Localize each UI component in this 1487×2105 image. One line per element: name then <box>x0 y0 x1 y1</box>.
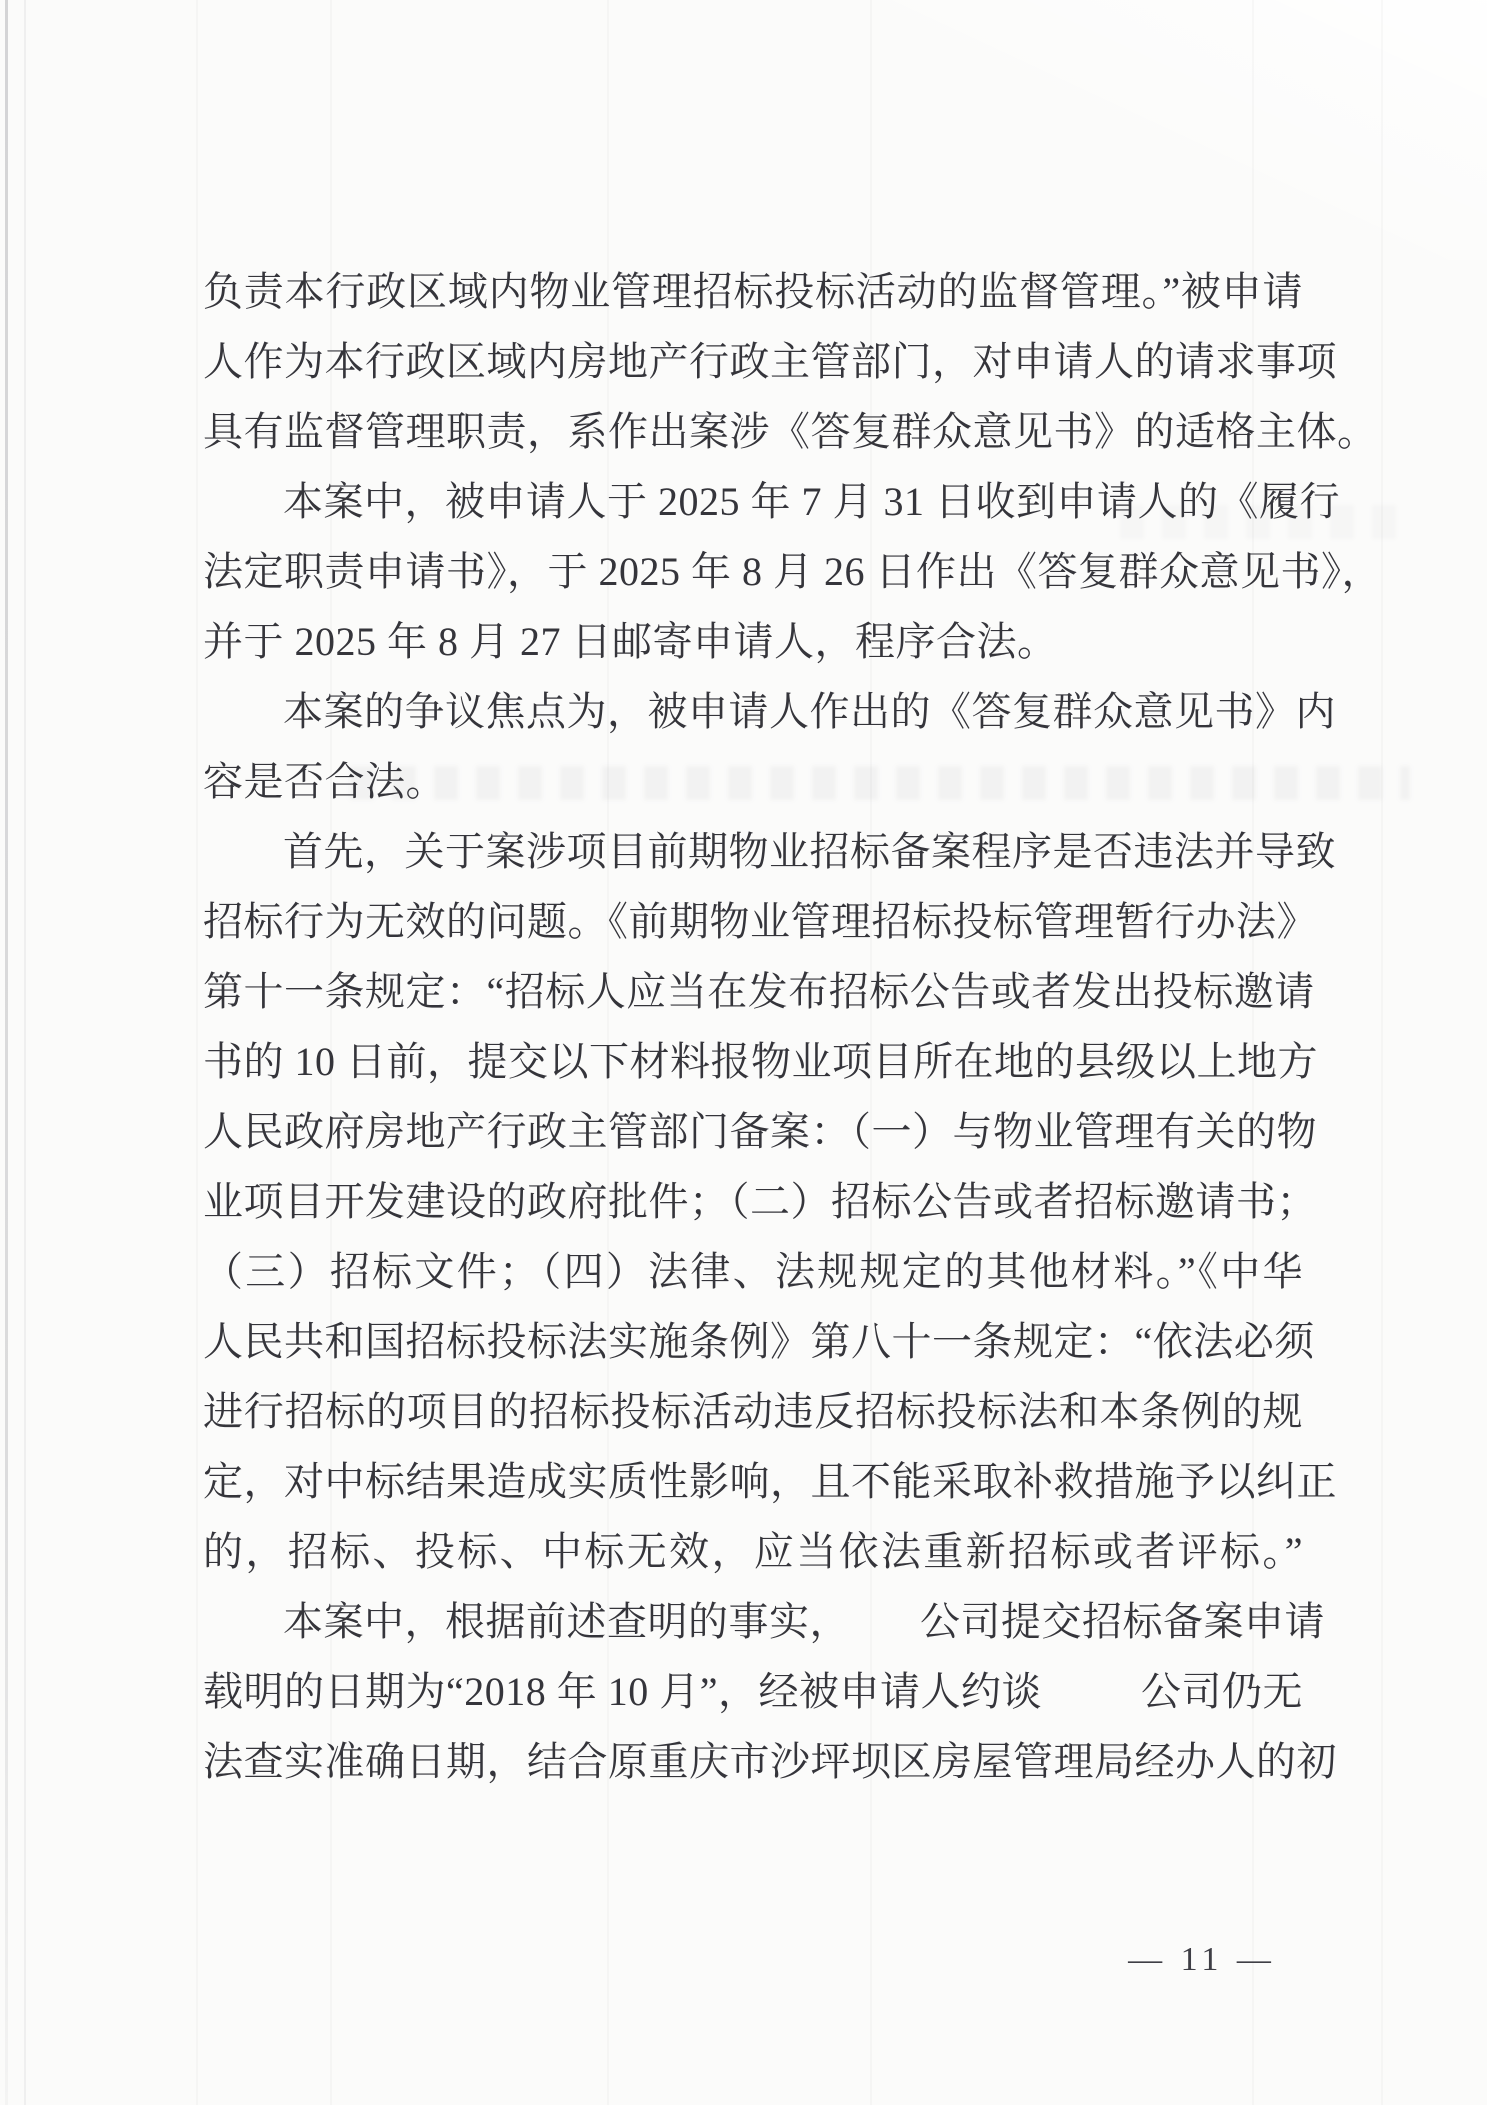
text-line: 本案中，被申请人于 2025 年 7 月 31 日收到申请人的《履行 <box>203 467 1303 537</box>
text-line: 容是否合法。 <box>203 747 1303 817</box>
text-line: （三）招标文件；（四）法律、法规规定的其他材料。”《中华 <box>203 1237 1303 1307</box>
text-line: 的，招标、投标、中标无效，应当依法重新招标或者评标。” <box>203 1517 1303 1587</box>
scan-crease-line <box>1381 0 1383 2105</box>
text-line: 人民共和国招标投标法实施条例》第八十一条规定：“依法必须 <box>203 1307 1303 1377</box>
text-line: 业项目开发建设的政府批件；（二）招标公告或者招标邀请书； <box>203 1167 1303 1237</box>
text-line: 人民政府房地产行政主管部门备案：（一）与物业管理有关的物 <box>203 1097 1303 1167</box>
text-line: 定，对中标结果造成实质性影响，且不能采取补救措施予以纠正 <box>203 1447 1303 1517</box>
text-segment: 公司仍无 <box>1141 1657 1303 1727</box>
text-line-with-redaction: 本案中，根据前述查明的事实， 公司提交招标备案申请 <box>203 1587 1303 1657</box>
text-segment: 公司提交招标备案申请 <box>920 1587 1325 1657</box>
text-line: 书的 10 日前，提交以下材料报物业项目所在地的县级以上地方 <box>203 1027 1303 1097</box>
text-line: 本案的争议焦点为，被申请人作出的《答复群众意见书》内 <box>203 677 1303 747</box>
text-line: 首先，关于案涉项目前期物业招标备案程序是否违法并导致 <box>203 817 1303 887</box>
text-line: 并于 2025 年 8 月 27 日邮寄申请人，程序合法。 <box>203 607 1303 677</box>
page-edge-shadow <box>5 0 8 2105</box>
document-page: 负责本行政区域内物业管理招标投标活动的监督管理。”被申请 人作为本行政区域内房地… <box>0 0 1487 2105</box>
text-line-with-redaction: 载明的日期为“2018 年 10 月”，经被申请人约谈 公司仍无 <box>203 1657 1303 1727</box>
text-line: 法查实准确日期，结合原重庆市沙坪坝区房屋管理局经办人的初 <box>203 1727 1303 1797</box>
text-line: 负责本行政区域内物业管理招标投标活动的监督管理。”被申请 <box>203 257 1303 327</box>
document-body: 负责本行政区域内物业管理招标投标活动的监督管理。”被申请 人作为本行政区域内房地… <box>203 257 1303 1797</box>
text-segment: 载明的日期为“2018 年 10 月”，经被申请人约谈 <box>203 1657 1042 1727</box>
text-line: 人作为本行政区域内房地产行政主管部门，对申请人的请求事项 <box>203 327 1303 397</box>
text-line: 具有监督管理职责，系作出案涉《答复群众意见书》的适格主体。 <box>203 397 1303 467</box>
text-line: 进行招标的项目的招标投标活动违反招标投标法和本条例的规 <box>203 1377 1303 1447</box>
scan-crease-line <box>196 0 198 2105</box>
text-line: 招标行为无效的问题。《前期物业管理招标投标管理暂行办法》 <box>203 887 1303 957</box>
page-edge-shadow-secondary <box>24 0 26 2105</box>
text-segment: 本案中，根据前述查明的事实， <box>283 1587 850 1657</box>
page-number: — 11 — <box>1112 1930 1292 1990</box>
text-line: 第十一条规定：“招标人应当在发布招标公告或者发出投标邀请 <box>203 957 1303 1027</box>
text-line: 法定职责申请书》，于 2025 年 8 月 26 日作出《答复群众意见书》， <box>203 537 1303 607</box>
